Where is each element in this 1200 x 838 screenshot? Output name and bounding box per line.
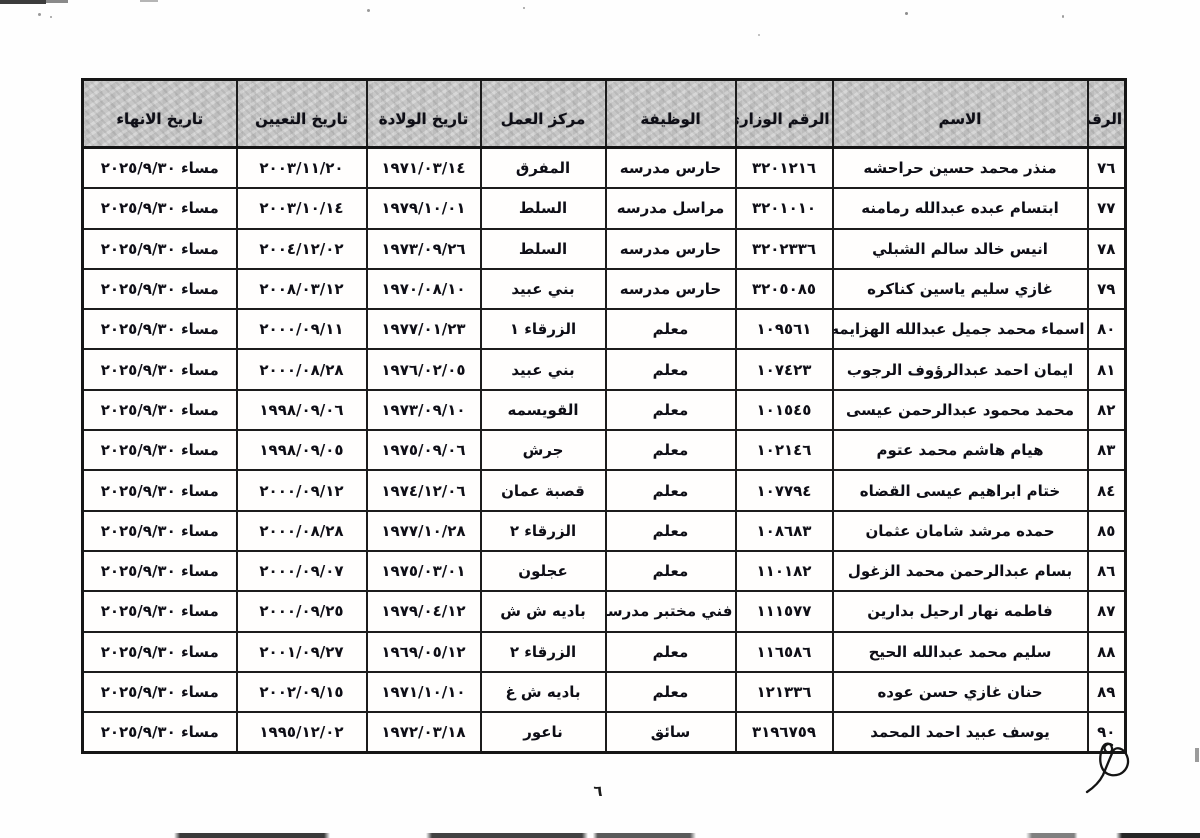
cell-name: حمده مرشد شامان عثمان bbox=[833, 511, 1088, 551]
cell-end_date: مساء ٢٠٢٥/٩/٣٠ bbox=[83, 591, 237, 631]
cell-name: سليم محمد عبدالله الحيح bbox=[833, 632, 1088, 672]
cell-name: فاطمه نهار ارحيل بدارين bbox=[833, 591, 1088, 631]
cell-ministry_no: ١١٦٥٨٦ bbox=[736, 632, 833, 672]
cell-job: معلم bbox=[606, 309, 736, 349]
table-row: ٨٦بسام عبدالرحمن محمد الزغول١١٠١٨٢معلمعج… bbox=[83, 551, 1126, 591]
table-row: ٧٨انيس خالد سالم الشبلي٣٢٠٢٣٣٦حارس مدرسه… bbox=[83, 229, 1126, 269]
cell-job: سائق bbox=[606, 712, 736, 753]
page-number: ٦ bbox=[588, 782, 608, 800]
cell-birth_date: ١٩٦٩/٠٥/١٢ bbox=[367, 632, 481, 672]
cell-birth_date: ١٩٧٩/١٠/٠١ bbox=[367, 188, 481, 228]
table-row: ٨٨سليم محمد عبدالله الحيح١١٦٥٨٦معلمالزرق… bbox=[83, 632, 1126, 672]
table-row: ٨٣هيام هاشم محمد عتوم١٠٢١٤٦معلمجرش١٩٧٥/٠… bbox=[83, 430, 1126, 470]
scan-edge-artifact bbox=[0, 833, 1200, 838]
cell-num: ٨٦ bbox=[1088, 551, 1126, 591]
cell-hire_date: ١٩٩٥/١٢/٠٢ bbox=[237, 712, 367, 753]
cell-birth_date: ١٩٧٧/١٠/٢٨ bbox=[367, 511, 481, 551]
cell-end_date: مساء ٢٠٢٥/٩/٣٠ bbox=[83, 309, 237, 349]
cell-end_date: مساء ٢٠٢٥/٩/٣٠ bbox=[83, 148, 237, 189]
cell-hire_date: ٢٠٠٠/٠٩/٠٧ bbox=[237, 551, 367, 591]
cell-hire_date: ١٩٩٨/٠٩/٠٥ bbox=[237, 430, 367, 470]
cell-hire_date: ٢٠٠٠/٠٩/١١ bbox=[237, 309, 367, 349]
cell-num: ٨٣ bbox=[1088, 430, 1126, 470]
table-row: ٨٧فاطمه نهار ارحيل بدارين١١١٥٧٧فني مختبر… bbox=[83, 591, 1126, 631]
cell-center: بني عبيد bbox=[481, 349, 606, 389]
cell-num: ٨٧ bbox=[1088, 591, 1126, 631]
column-header-name: الاسم bbox=[833, 80, 1088, 148]
cell-job: معلم bbox=[606, 470, 736, 510]
cell-job: معلم bbox=[606, 390, 736, 430]
scan-edge-artifact bbox=[1195, 748, 1199, 762]
cell-end_date: مساء ٢٠٢٥/٩/٣٠ bbox=[83, 632, 237, 672]
cell-ministry_no: ١٢١٣٣٦ bbox=[736, 672, 833, 712]
cell-hire_date: ٢٠٠٠/٠٨/٢٨ bbox=[237, 349, 367, 389]
table-row: ٧٩غازي سليم ياسين كناكره٣٢٠٥٠٨٥حارس مدرس… bbox=[83, 269, 1126, 309]
cell-ministry_no: ٣١٩٦٧٥٩ bbox=[736, 712, 833, 753]
cell-center: قصبة عمان bbox=[481, 470, 606, 510]
cell-num: ٨١ bbox=[1088, 349, 1126, 389]
scan-speck bbox=[367, 9, 370, 12]
cell-name: يوسف عبيد احمد المحمد bbox=[833, 712, 1088, 753]
cell-num: ٨٤ bbox=[1088, 470, 1126, 510]
cell-ministry_no: ١٠٨٦٨٣ bbox=[736, 511, 833, 551]
cell-ministry_no: ١٠٢١٤٦ bbox=[736, 430, 833, 470]
column-header-end_date: تاريخ الانهاء bbox=[83, 80, 237, 148]
table-header-row: الرقمالاسمالرقم الوزاريالوظيفةمركز العمل… bbox=[83, 80, 1126, 148]
table-header: الرقمالاسمالرقم الوزاريالوظيفةمركز العمل… bbox=[83, 80, 1126, 148]
cell-hire_date: ٢٠٠٣/١٠/١٤ bbox=[237, 188, 367, 228]
cell-center: السلط bbox=[481, 188, 606, 228]
cell-name: ايمان احمد عبدالرؤوف الرجوب bbox=[833, 349, 1088, 389]
cell-ministry_no: ١٠٧٤٢٣ bbox=[736, 349, 833, 389]
column-header-num: الرقم bbox=[1088, 80, 1126, 148]
signature-scribble-icon bbox=[1082, 738, 1138, 796]
employee-table: الرقمالاسمالرقم الوزاريالوظيفةمركز العمل… bbox=[81, 78, 1127, 754]
cell-end_date: مساء ٢٠٢٥/٩/٣٠ bbox=[83, 349, 237, 389]
cell-end_date: مساء ٢٠٢٥/٩/٣٠ bbox=[83, 511, 237, 551]
cell-center: الزرقاء ٢ bbox=[481, 632, 606, 672]
scan-speck bbox=[50, 16, 52, 18]
table-body: ٧٦منذر محمد حسين حراحشه٣٢٠١٢١٦حارس مدرسه… bbox=[83, 148, 1126, 753]
table-row: ٨٩حنان غازي حسن عوده١٢١٣٣٦معلمباديه ش غ١… bbox=[83, 672, 1126, 712]
cell-job: معلم bbox=[606, 430, 736, 470]
table-row: ٧٦منذر محمد حسين حراحشه٣٢٠١٢١٦حارس مدرسه… bbox=[83, 148, 1126, 189]
cell-name: غازي سليم ياسين كناكره bbox=[833, 269, 1088, 309]
cell-ministry_no: ٣٢٠١٠١٠ bbox=[736, 188, 833, 228]
cell-name: ابتسام عبده عبدالله رمامنه bbox=[833, 188, 1088, 228]
scan-speck bbox=[1062, 15, 1064, 18]
cell-job: حارس مدرسه bbox=[606, 269, 736, 309]
cell-ministry_no: ٣٢٠٥٠٨٥ bbox=[736, 269, 833, 309]
cell-job: حارس مدرسه bbox=[606, 229, 736, 269]
cell-num: ٧٦ bbox=[1088, 148, 1126, 189]
scan-edge-artifact bbox=[140, 0, 158, 2]
cell-center: باديه ش ش bbox=[481, 591, 606, 631]
cell-name: اسماء محمد جميل عبدالله الهزايمه bbox=[833, 309, 1088, 349]
cell-birth_date: ١٩٧٤/١٢/٠٦ bbox=[367, 470, 481, 510]
table-row: ٨٢محمد محمود عبدالرحمن عيسى١٠١٥٤٥معلمالق… bbox=[83, 390, 1126, 430]
cell-birth_date: ١٩٧٧/٠١/٢٣ bbox=[367, 309, 481, 349]
scan-speck bbox=[905, 12, 908, 15]
cell-name: محمد محمود عبدالرحمن عيسى bbox=[833, 390, 1088, 430]
cell-hire_date: ٢٠٠٨/٠٣/١٢ bbox=[237, 269, 367, 309]
cell-birth_date: ١٩٧٩/٠٤/١٢ bbox=[367, 591, 481, 631]
cell-end_date: مساء ٢٠٢٥/٩/٣٠ bbox=[83, 470, 237, 510]
cell-num: ٧٨ bbox=[1088, 229, 1126, 269]
cell-end_date: مساء ٢٠٢٥/٩/٣٠ bbox=[83, 390, 237, 430]
cell-job: مراسل مدرسه bbox=[606, 188, 736, 228]
column-header-job: الوظيفة bbox=[606, 80, 736, 148]
cell-center: عجلون bbox=[481, 551, 606, 591]
cell-num: ٨٥ bbox=[1088, 511, 1126, 551]
cell-job: فني مختبر مدرسة bbox=[606, 591, 736, 631]
cell-ministry_no: ١٠٧٧٩٤ bbox=[736, 470, 833, 510]
cell-center: بني عبيد bbox=[481, 269, 606, 309]
table-row: ٨٠اسماء محمد جميل عبدالله الهزايمه١٠٩٥٦١… bbox=[83, 309, 1126, 349]
cell-center: باديه ش غ bbox=[481, 672, 606, 712]
cell-num: ٧٧ bbox=[1088, 188, 1126, 228]
scan-edge-artifact bbox=[0, 0, 46, 4]
column-header-ministry_no: الرقم الوزاري bbox=[736, 80, 833, 148]
cell-end_date: مساء ٢٠٢٥/٩/٣٠ bbox=[83, 269, 237, 309]
cell-birth_date: ١٩٧٥/٠٩/٠٦ bbox=[367, 430, 481, 470]
cell-end_date: مساء ٢٠٢٥/٩/٣٠ bbox=[83, 229, 237, 269]
cell-name: هيام هاشم محمد عتوم bbox=[833, 430, 1088, 470]
cell-hire_date: ٢٠٠١/٠٩/٢٧ bbox=[237, 632, 367, 672]
cell-ministry_no: ٣٢٠١٢١٦ bbox=[736, 148, 833, 189]
cell-birth_date: ١٩٧١/١٠/١٠ bbox=[367, 672, 481, 712]
cell-birth_date: ١٩٧٥/٠٣/٠١ bbox=[367, 551, 481, 591]
cell-num: ٨٨ bbox=[1088, 632, 1126, 672]
cell-job: معلم bbox=[606, 511, 736, 551]
cell-hire_date: ٢٠٠٠/٠٩/٢٥ bbox=[237, 591, 367, 631]
cell-birth_date: ١٩٧٢/٠٣/١٨ bbox=[367, 712, 481, 753]
cell-hire_date: ٢٠٠٢/٠٩/١٥ bbox=[237, 672, 367, 712]
table-row: ٧٧ابتسام عبده عبدالله رمامنه٣٢٠١٠١٠مراسل… bbox=[83, 188, 1126, 228]
table-row: ٩٠يوسف عبيد احمد المحمد٣١٩٦٧٥٩سائقناعور١… bbox=[83, 712, 1126, 753]
cell-hire_date: ٢٠٠٣/١١/٢٠ bbox=[237, 148, 367, 189]
cell-job: معلم bbox=[606, 551, 736, 591]
cell-name: انيس خالد سالم الشبلي bbox=[833, 229, 1088, 269]
cell-birth_date: ١٩٧٦/٠٢/٠٥ bbox=[367, 349, 481, 389]
cell-num: ٧٩ bbox=[1088, 269, 1126, 309]
cell-hire_date: ١٩٩٨/٠٩/٠٦ bbox=[237, 390, 367, 430]
scan-speck bbox=[38, 13, 41, 16]
table-row: ٨٥حمده مرشد شامان عثمان١٠٨٦٨٣معلمالزرقاء… bbox=[83, 511, 1126, 551]
cell-ministry_no: ١١١٥٧٧ bbox=[736, 591, 833, 631]
cell-hire_date: ٢٠٠٠/٠٨/٢٨ bbox=[237, 511, 367, 551]
cell-end_date: مساء ٢٠٢٥/٩/٣٠ bbox=[83, 188, 237, 228]
cell-ministry_no: ١٠٩٥٦١ bbox=[736, 309, 833, 349]
column-header-birth_date: تاريخ الولادة bbox=[367, 80, 481, 148]
cell-ministry_no: ١٠١٥٤٥ bbox=[736, 390, 833, 430]
scanned-document-page: الرقمالاسمالرقم الوزاريالوظيفةمركز العمل… bbox=[0, 0, 1200, 838]
cell-ministry_no: ٣٢٠٢٣٣٦ bbox=[736, 229, 833, 269]
cell-birth_date: ١٩٧١/٠٣/١٤ bbox=[367, 148, 481, 189]
cell-center: الزرقاء ٢ bbox=[481, 511, 606, 551]
cell-name: بسام عبدالرحمن محمد الزغول bbox=[833, 551, 1088, 591]
cell-job: معلم bbox=[606, 349, 736, 389]
table-row: ٨٤ختام ابراهيم عيسى القضاه١٠٧٧٩٤معلمقصبة… bbox=[83, 470, 1126, 510]
scan-speck bbox=[758, 34, 760, 36]
scan-speck bbox=[523, 7, 525, 9]
cell-name: حنان غازي حسن عوده bbox=[833, 672, 1088, 712]
cell-job: معلم bbox=[606, 632, 736, 672]
cell-name: ختام ابراهيم عيسى القضاه bbox=[833, 470, 1088, 510]
cell-birth_date: ١٩٧٠/٠٨/١٠ bbox=[367, 269, 481, 309]
cell-center: جرش bbox=[481, 430, 606, 470]
cell-center: ناعور bbox=[481, 712, 606, 753]
cell-end_date: مساء ٢٠٢٥/٩/٣٠ bbox=[83, 712, 237, 753]
cell-birth_date: ١٩٧٣/٠٩/١٠ bbox=[367, 390, 481, 430]
cell-ministry_no: ١١٠١٨٢ bbox=[736, 551, 833, 591]
cell-num: ٨٢ bbox=[1088, 390, 1126, 430]
cell-hire_date: ٢٠٠٠/٠٩/١٢ bbox=[237, 470, 367, 510]
cell-num: ٨٩ bbox=[1088, 672, 1126, 712]
cell-center: المفرق bbox=[481, 148, 606, 189]
cell-end_date: مساء ٢٠٢٥/٩/٣٠ bbox=[83, 551, 237, 591]
cell-name: منذر محمد حسين حراحشه bbox=[833, 148, 1088, 189]
column-header-center: مركز العمل bbox=[481, 80, 606, 148]
cell-center: القويسمه bbox=[481, 390, 606, 430]
cell-center: السلط bbox=[481, 229, 606, 269]
cell-job: معلم bbox=[606, 672, 736, 712]
table-row: ٨١ايمان احمد عبدالرؤوف الرجوب١٠٧٤٢٣معلمب… bbox=[83, 349, 1126, 389]
scan-edge-artifact bbox=[46, 0, 68, 3]
cell-job: حارس مدرسه bbox=[606, 148, 736, 189]
column-header-hire_date: تاريخ التعيين bbox=[237, 80, 367, 148]
cell-end_date: مساء ٢٠٢٥/٩/٣٠ bbox=[83, 672, 237, 712]
cell-end_date: مساء ٢٠٢٥/٩/٣٠ bbox=[83, 430, 237, 470]
cell-hire_date: ٢٠٠٤/١٢/٠٢ bbox=[237, 229, 367, 269]
cell-num: ٨٠ bbox=[1088, 309, 1126, 349]
cell-birth_date: ١٩٧٣/٠٩/٢٦ bbox=[367, 229, 481, 269]
cell-center: الزرقاء ١ bbox=[481, 309, 606, 349]
